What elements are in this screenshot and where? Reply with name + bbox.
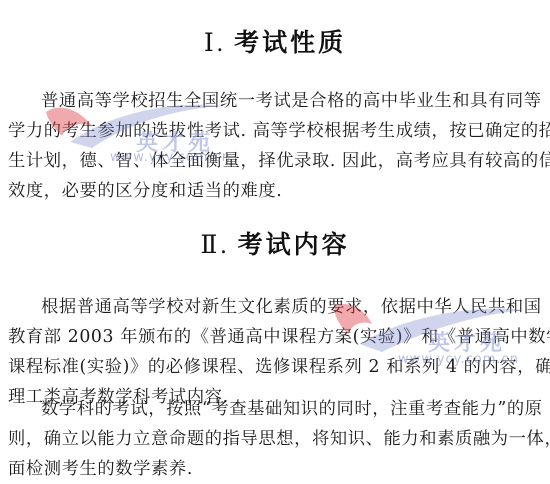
text-line: 课程标准(实验)》的必修课程、选修课程系列 2 和系列 4 的内容，确定	[8, 352, 540, 382]
text-line: 根据普通高等学校对新生文化素质的要求，依据中华人民共和国	[8, 292, 540, 322]
text-line: 面检测考生的数学素养.	[8, 454, 540, 484]
text-line: 普通高等学校招生全国统一考试是合格的高中毕业生和具有同等	[8, 86, 540, 116]
text-line: 教育部 2003 年颁布的《普通高中课程方案(实验)》和《普通高中数学	[8, 322, 540, 352]
section-title: 考试性质	[234, 28, 346, 57]
text-line: 生计划，德、智、体全面衡量，择优录取. 因此，高考应具有较高的信度、	[8, 146, 540, 176]
text-line: 数学科的考试，按照“考查基础知识的同时，注重考查能力”的原	[8, 394, 540, 424]
text-line: 效度，必要的区分度和适当的难度.	[8, 176, 540, 206]
section-heading-2: Ⅱ.考试内容	[0, 225, 550, 261]
section-title: 考试内容	[238, 230, 350, 259]
paragraph-exam-nature: 普通高等学校招生全国统一考试是合格的高中毕业生和具有同等 学力的考生参加的选拔性…	[8, 86, 540, 206]
section-numeral: Ⅰ.	[204, 30, 226, 57]
text-line: 则，确立以能力立意命题的指导思想，将知识、能力和素质融为一体，全	[8, 424, 540, 454]
section-numeral: Ⅱ.	[200, 232, 229, 259]
section-heading-1: Ⅰ.考试性质	[0, 23, 550, 59]
text-line: 学力的考生参加的选拔性考试. 高等学校根据考生成绩，按已确定的招	[8, 116, 540, 146]
document-page: Ⅰ.考试性质 普通高等学校招生全国统一考试是合格的高中毕业生和具有同等 学力的考…	[0, 0, 550, 484]
paragraph-math-exam: 数学科的考试，按照“考查基础知识的同时，注重考查能力”的原 则，确立以能力立意命…	[8, 394, 540, 484]
